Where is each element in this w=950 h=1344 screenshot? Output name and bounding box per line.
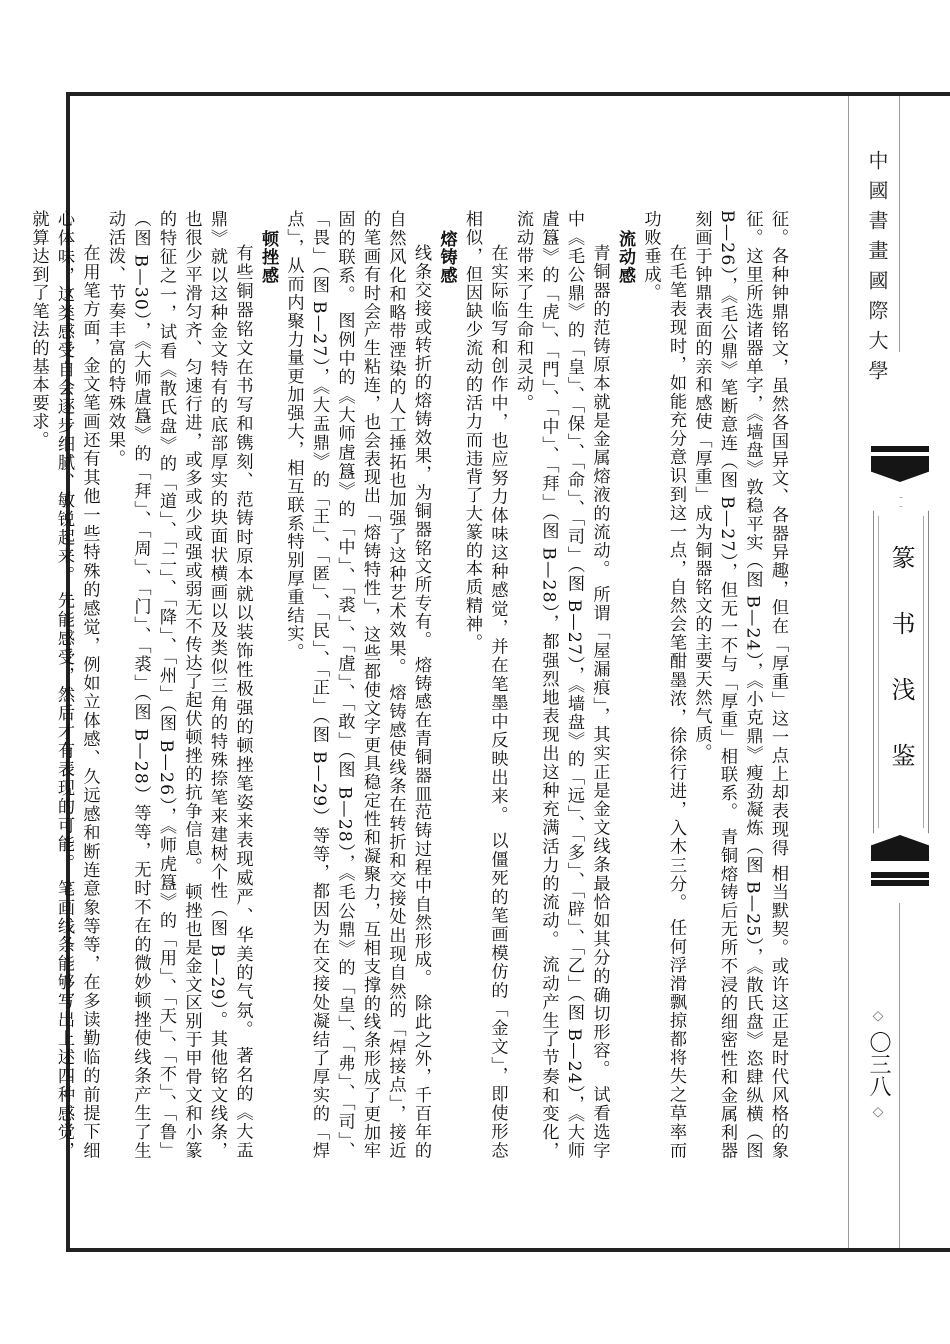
title-cap-bar-bottom-1 [871, 872, 929, 878]
body-text: 征。各种钟鼎铭文，虽然各国异文、各器异趣，但在「厚重」这一点上却表现得 相当默契… [140, 210, 790, 1160]
paragraph: 征。各种钟鼎铭文，虽然各国异文、各器异趣，但在「厚重」这一点上却表现得 相当默契… [688, 210, 790, 1160]
title-cap-chevron-top [871, 456, 929, 482]
side-panel-rule-bottom [899, 903, 900, 1248]
section-heading-flow: 流动感 [612, 210, 638, 1160]
book-title: 篆书浅鉴 [886, 545, 916, 809]
university-name: 中國書畫國際大學 [862, 150, 892, 390]
page-frame-top [66, 92, 950, 96]
paragraph: 有些铜器铭文在书写和镌刻、范铸时原本就以装饰性极强的顿挫笔姿来表现威严、华美的气… [102, 210, 255, 1160]
page-frame-bottom [66, 1248, 950, 1252]
page-number-text: 〇三八 [866, 1031, 891, 1097]
paragraph: 在毛笔表现时，如能充分意识到这一点，自然会笔酣墨浓，徐徐行进，入木三分。 任何浮… [637, 210, 688, 1160]
diamond-icon: ◇ [870, 1104, 886, 1120]
section-heading-casting: 熔铸感 [433, 210, 459, 1160]
paragraph: 在用笔方面，金文笔画还有其他一些特殊的感觉，例如立体感、久远感和断连意象等等，在… [25, 210, 102, 1160]
paragraph: 线条交接或转折的熔铸效果，为铜器铭文所专有。 熔铸感在青铜器皿范铸过程中自然形成… [280, 210, 433, 1160]
paragraph: 青铜器的范铸原本就是金属熔液的流动。 所谓「屋漏痕」，其实正是金文线条最恰如其分… [510, 210, 612, 1160]
page-number: ◇ 〇三八 ◇ [860, 1008, 896, 1120]
side-panel-rule-top [899, 96, 900, 352]
diamond-icon: ◇ [870, 1008, 886, 1024]
title-cap-chevron-bottom [871, 835, 929, 861]
paragraph: 在实际临写和创作中，也应努力体味这种感觉，并在笔墨中反映出来。 以僵死的笔画模仿… [459, 210, 510, 1160]
title-cap-bar-top [871, 446, 929, 452]
section-heading-cadence: 顿挫感 [255, 210, 281, 1160]
title-cap-bar-bottom-2 [871, 880, 929, 886]
side-panel-divider [848, 96, 849, 1248]
